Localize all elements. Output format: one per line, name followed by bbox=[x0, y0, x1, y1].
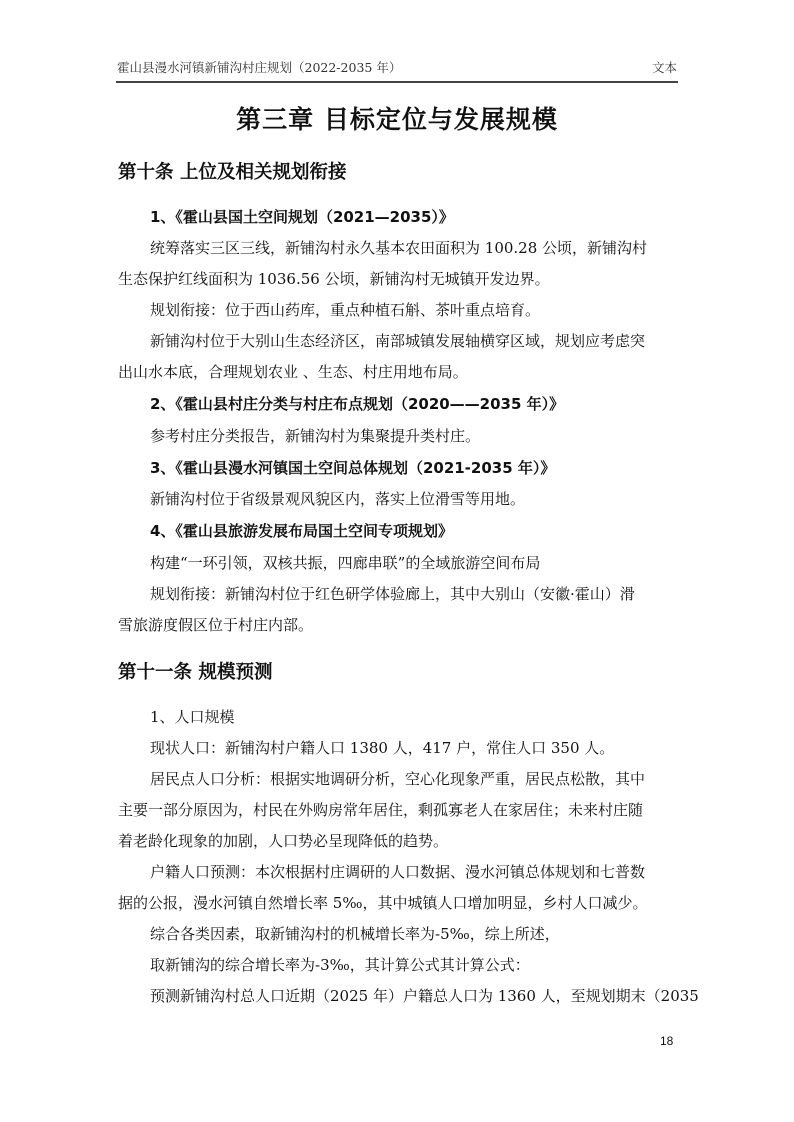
article-title-11: 第十一条 规模预测 bbox=[118, 658, 272, 684]
paragraph-line: 出山水本底，合理规划农业 、生态、村庄用地布局。 bbox=[118, 362, 680, 382]
subheading-plan-3: 3、《霍山县漫水河镇国土空间总体规划（2021-2035 年）》 bbox=[150, 458, 712, 478]
paragraph-line: 综合各类因素，取新铺沟村的机械增长率为-5‰，综上所述， bbox=[150, 924, 712, 944]
paragraph-line: 构建“一环引领，双核共振，四廊串联”的全域旅游空间布局 bbox=[150, 553, 712, 573]
paragraph-line: 新铺沟村位于省级景观风貌区内，落实上位滑雪等用地。 bbox=[150, 489, 712, 509]
paragraph-line: 现状人口：新铺沟村户籍人口 1380 人，417 户，常住人口 350 人。 bbox=[150, 738, 712, 758]
paragraph-line: 新铺沟村位于大别山生态经济区，南部城镇发展轴横穿区域，规划应考虑突 bbox=[150, 331, 712, 351]
paragraph-line: 规划衔接：新铺沟村位于红色研学体验廊上，其中大别山（安徽·霍山）滑 bbox=[150, 584, 712, 604]
paragraph-line: 参考村庄分类报告，新铺沟村为集聚提升类村庄。 bbox=[150, 426, 712, 446]
page-header: 霍山县漫水河镇新铺沟村庄规划（2022-2035 年） 文本 bbox=[117, 56, 677, 78]
subheading-plan-4: 4、《霍山县旅游发展布局国土空间专项规划》 bbox=[150, 521, 712, 541]
subheading-population: 1、人口规模 bbox=[150, 707, 712, 727]
paragraph-line: 雪旅游度假区位于村庄内部。 bbox=[118, 615, 680, 635]
paragraph-line: 规划衔接：位于西山药库，重点种植石斛、茶叶重点培育。 bbox=[150, 300, 712, 320]
article-title-10: 第十条 上位及相关规划衔接 bbox=[118, 158, 346, 184]
paragraph-line: 统筹落实三区三线，新铺沟村永久基本农田面积为 100.28 公顷，新铺沟村 bbox=[150, 238, 712, 258]
subheading-plan-1: 1、《霍山县国土空间规划（2021—2035）》 bbox=[150, 207, 712, 227]
page-number: 18 bbox=[660, 1034, 673, 1048]
paragraph-line: 取新铺沟的综合增长率为-3‰，其计算公式其计算公式： bbox=[150, 955, 712, 975]
header-title: 霍山县漫水河镇新铺沟村庄规划（2022-2035 年） bbox=[117, 58, 401, 76]
header-label: 文本 bbox=[652, 58, 677, 76]
subheading-plan-2: 2、《霍山县村庄分类与村庄布点规划（2020——2035 年）》 bbox=[150, 394, 712, 414]
paragraph-line: 居民点人口分析：根据实地调研分析，空心化现象严重，居民点松散，其中 bbox=[150, 769, 712, 789]
paragraph-line: 生态保护红线面积为 1036.56 公顷，新铺沟村无城镇开发边界。 bbox=[118, 269, 680, 289]
paragraph-line: 据的公报，漫水河镇自然增长率 5‰，其中城镇人口增加明显，乡村人口减少。 bbox=[118, 893, 680, 913]
paragraph-line: 户籍人口预测：本次根据村庄调研的人口数据、漫水河镇总体规划和七普数 bbox=[150, 862, 712, 882]
chapter-title: 第三章 目标定位与发展规模 bbox=[0, 100, 794, 136]
header-divider bbox=[116, 81, 678, 83]
paragraph-line: 预测新铺沟村总人口近期（2025 年）户籍总人口为 1360 人，至规划期末（2… bbox=[150, 986, 712, 1006]
paragraph-line: 主要一部分原因为，村民在外购房常年居住，剩孤寡老人在家居住；未来村庄随 bbox=[118, 800, 680, 820]
paragraph-line: 着老龄化现象的加剧，人口势必呈现降低的趋势。 bbox=[118, 831, 680, 851]
